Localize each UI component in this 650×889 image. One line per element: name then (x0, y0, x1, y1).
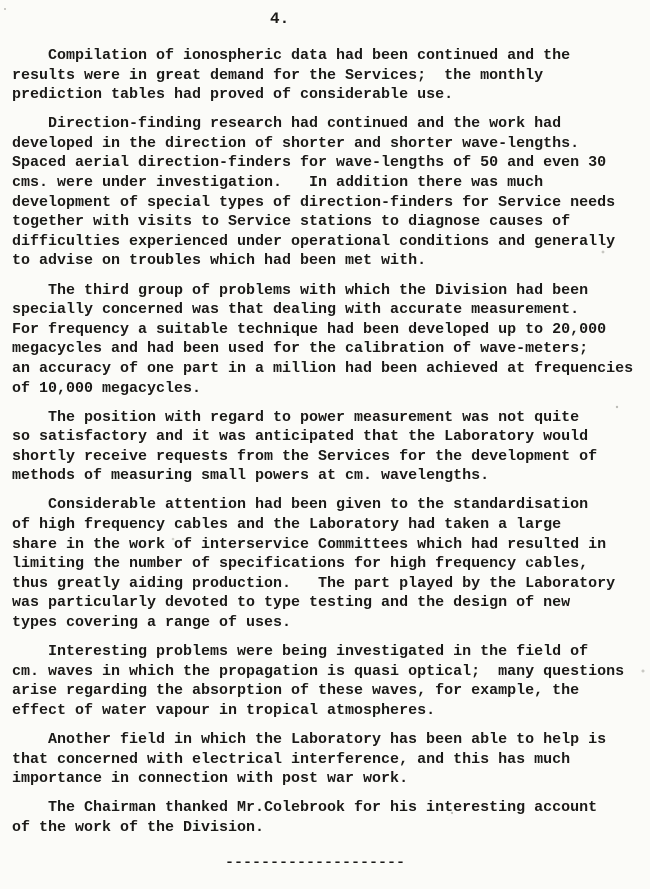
paragraph-cable-standardisation: Considerable attention had been given to… (12, 495, 650, 632)
paragraph-electrical-interference: Another field in which the Laboratory ha… (12, 730, 650, 789)
scan-noise-speckle (4, 8, 6, 10)
paragraph-direction-finding: Direction-finding research had continued… (12, 114, 650, 271)
paragraph-cm-waves: Interesting problems were being investig… (12, 642, 650, 720)
paragraph-power-measurement: The position with regard to power measur… (12, 408, 650, 486)
paragraph-chairman-thanks: The Chairman thanked Mr.Colebrook for hi… (12, 798, 650, 837)
paragraph-compilation-ionospheric: Compilation of ionospheric data had been… (12, 46, 650, 105)
typed-dashed-divider: -------------------- (12, 856, 650, 870)
document-page: 4. Compilation of ionospheric data had b… (0, 0, 650, 889)
paragraph-accurate-measurement: The third group of problems with which t… (12, 281, 650, 399)
page-number: 4. (12, 8, 650, 30)
